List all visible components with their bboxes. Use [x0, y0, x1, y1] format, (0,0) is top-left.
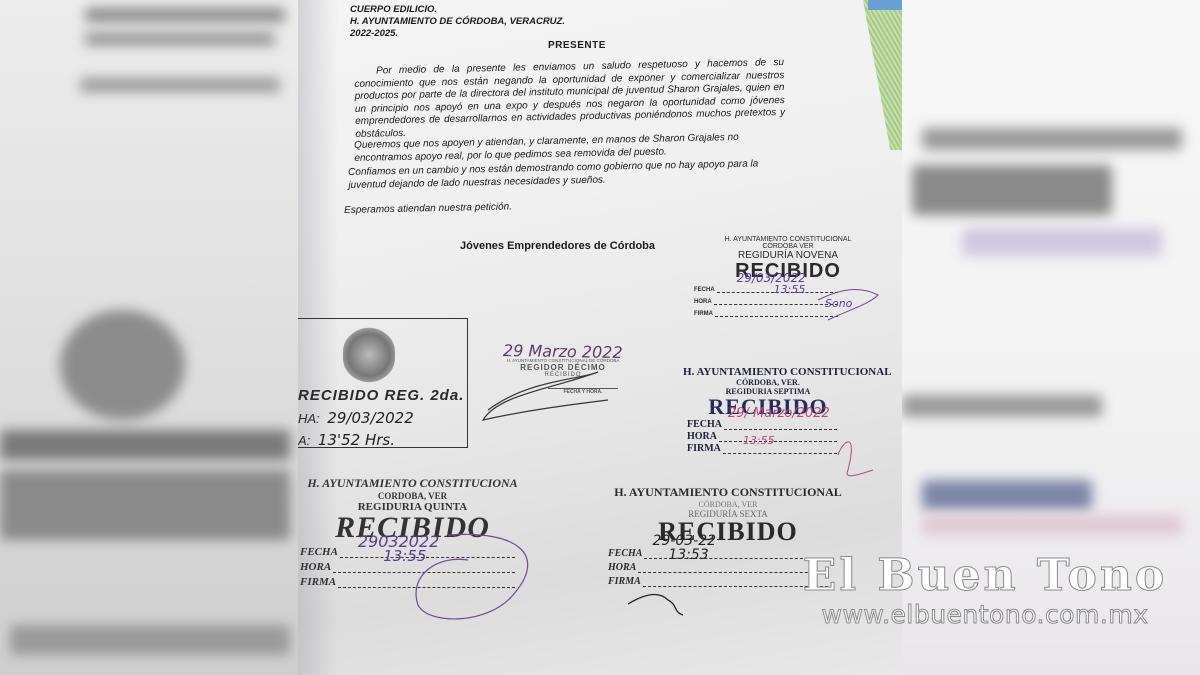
blurred-text: [85, 8, 285, 22]
stamp-head: H. AYUNTAMIENTO CONSTITUCIONAL: [688, 236, 888, 243]
stamp-status: RECIBIDO REG. 2da.: [298, 387, 464, 404]
handwritten-time: 13'52 Hrs.: [318, 431, 395, 449]
stamp-hora-row: HORA 13:55: [688, 293, 838, 305]
stamp-city: CORDOBA, VER: [300, 491, 525, 501]
stamp-status: RECIBIDO: [498, 372, 628, 378]
blurred-text: [912, 165, 1112, 215]
stamp-head: H. AYUNTAMIENTO CONSTITUCIONAL: [608, 485, 848, 500]
blurred-signature: [962, 228, 1162, 256]
hora-label: HORA: [608, 562, 636, 573]
blurred-text: [902, 395, 1102, 417]
handwritten-signature: Sono: [825, 297, 852, 310]
handwritten-time: 13:55: [743, 434, 775, 447]
blurred-crest: [60, 310, 185, 420]
hora-label: HORA: [300, 561, 331, 573]
fecha-label: HA:: [298, 411, 320, 426]
stamp-regiduria-segunda: RECIBIDO REG. 2da. HA: 29/03/2022 A: 13'…: [298, 318, 468, 448]
stamp-regidor-decimo: H. AYUNTAMIENTO CONSTITUCIONAL DE CÓRDOB…: [498, 358, 628, 395]
addressee-line: 2022-2025.: [350, 28, 565, 40]
watermark: El Buen Tono www.elbuentono.com.mx: [785, 552, 1185, 629]
handwritten-time: 13:53: [668, 547, 708, 563]
blurred-handwriting: [922, 515, 1182, 535]
stamp-office: REGIDOR DÉCIMO: [498, 363, 628, 372]
salutation: PRESENTE: [548, 40, 606, 51]
firma-label: FIRMA: [694, 311, 713, 317]
fecha-label: FECHA: [300, 546, 338, 558]
firma-label: FIRMA: [687, 443, 721, 454]
blurred-text: [0, 430, 290, 460]
stamp-fecha-row: FECHA 29/03/2022: [688, 281, 838, 293]
signer: Jóvenes Emprendedores de Córdoba: [460, 240, 655, 252]
fecha-label: FECHA: [694, 287, 715, 293]
stamp-regiduria-quinta: H. AYUNTAMIENTO CONSTITUCIONA CORDOBA, V…: [300, 476, 525, 588]
paragraph-4: Esperamos atiendan nuestra petición.: [344, 196, 774, 218]
addressee-line: H. AYUNTAMIENTO DE CÓRDOBA, VERACRUZ.: [350, 16, 565, 28]
stamp-fecha-row: FECHA 29/ Marzo/2022: [687, 418, 837, 430]
blurred-text: [922, 128, 1182, 150]
paragraph-1: Por medio de la presente les enviamos un…: [354, 57, 785, 141]
background-cloth-blue: [868, 0, 902, 10]
fecha-label: FECHA: [687, 419, 722, 430]
handwritten-date: 29/ Marzo/2022: [728, 406, 830, 421]
stamp-city: CÓRDOBA VER: [688, 243, 888, 250]
blurred-text: [80, 78, 280, 92]
stamp-city: CÓRDOBA, VER: [608, 500, 848, 509]
stamp-hora-row: HORA 13:55: [300, 561, 515, 573]
blurred-text: [10, 625, 290, 655]
stamp-status: RECIBIDO: [608, 519, 848, 545]
stamp-head: H. AYUNTAMIENTO CONSTITUCIONAL: [683, 366, 853, 378]
blurred-text: [85, 32, 275, 46]
background-cloth: [863, 0, 902, 150]
stamp-firma-row: FIRMA 13:55: [687, 442, 837, 454]
blurred-stamp: [922, 480, 1092, 510]
stamp-hora-row: A: 13'52 Hrs.: [298, 431, 395, 449]
firma-label: FIRMA: [608, 576, 641, 587]
stamp-firma-row: FIRMA: [300, 576, 515, 588]
stamp-fecha-row: HA: 29/03/2022: [298, 409, 414, 427]
handwritten-time: 13:55: [774, 283, 806, 296]
firma-label: FIRMA: [300, 576, 336, 588]
watermark-url: www.elbuentono.com.mx: [785, 600, 1185, 629]
addressee-block: CUERPO EDILICIO. H. AYUNTAMIENTO DE CÓRD…: [350, 4, 565, 40]
stamp-regiduria-novena: H. AYUNTAMIENTO CONSTITUCIONAL CÓRDOBA V…: [688, 236, 888, 317]
stamp-regiduria-septima: H. AYUNTAMIENTO CONSTITUCIONAL CÓRDOBA, …: [683, 366, 853, 454]
hora-label: HORA: [687, 431, 717, 442]
fecha-hora-label: FECHA Y HORA.: [548, 388, 618, 395]
stamp-head: H. AYUNTAMIENTO CONSTITUCIONA: [300, 476, 525, 491]
handwritten-time: 13:55: [383, 547, 426, 565]
handwritten-date: 29/03/2022: [327, 409, 413, 427]
watermark-logo: El Buen Tono: [785, 552, 1185, 600]
stamp-firma-row: FIRMA Sono: [688, 305, 838, 317]
municipal-crest-icon: [343, 327, 395, 383]
blurred-text: [0, 470, 290, 540]
stamp-city: CÓRDOBA, VER.: [683, 378, 853, 387]
hora-label: HORA: [694, 299, 712, 305]
hora-label: A:: [298, 433, 310, 448]
blurred-background-left: [0, 0, 298, 675]
addressee-line: CUERPO EDILICIO.: [350, 4, 565, 16]
fecha-label: FECHA: [608, 548, 642, 559]
